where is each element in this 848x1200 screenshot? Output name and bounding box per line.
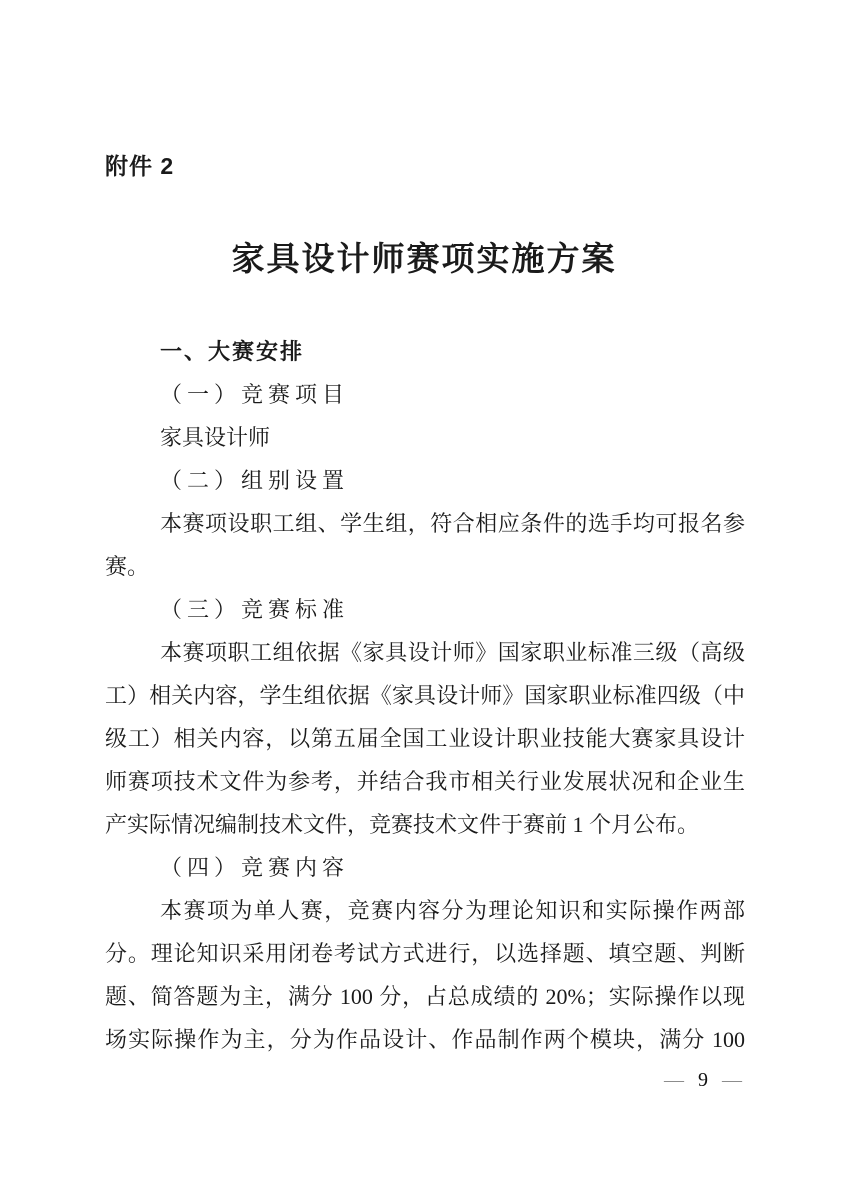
attachment-label: 附件 2: [105, 148, 174, 181]
paragraph-line: 本赛项设职工组、学生组，符合相应条件的选手均可报名参: [105, 502, 745, 545]
subsection-heading-competition-project: （一）竞赛项目: [105, 373, 745, 416]
paragraph-line: 工）相关内容，学生组依据《家具设计师》国家职业标准四级（中: [105, 674, 745, 717]
paragraph-line: 产实际情况编制技术文件，竞赛技术文件于赛前 1 个月公布。: [105, 803, 745, 846]
paragraph-line: 本赛项职工组依据《家具设计师》国家职业标准三级（高级: [105, 631, 745, 674]
page-number-right-dash: —: [722, 1066, 742, 1094]
section-heading-competition-arrangement: 一、大赛安排: [105, 330, 745, 373]
subsection-heading-group-setting: （二）组别设置: [105, 459, 745, 502]
subsection-heading-competition-standard: （三）竞赛标准: [105, 588, 745, 631]
paragraph-line: 家具设计师: [105, 416, 745, 459]
page-number: — 9 —: [664, 1066, 742, 1094]
paragraph-line: 分。理论知识采用闭卷考试方式进行，以选择题、填空题、判断: [105, 932, 745, 975]
paragraph-line: 场实际操作为主，分为作品设计、作品制作两个模块，满分 100: [105, 1018, 745, 1061]
document-body: 一、大赛安排 （一）竞赛项目 家具设计师 （二）组别设置 本赛项设职工组、学生组…: [105, 330, 745, 1061]
paragraph-line: 题、简答题为主，满分 100 分，占总成绩的 20%；实际操作以现: [105, 975, 745, 1018]
page-number-value: 9: [698, 1066, 708, 1094]
paragraph-line: 级工）相关内容，以第五届全国工业设计职业技能大赛家具设计: [105, 717, 745, 760]
paragraph-line: 本赛项为单人赛，竞赛内容分为理论知识和实际操作两部: [105, 889, 745, 932]
subsection-heading-competition-content: （四）竞赛内容: [105, 846, 745, 889]
paragraph-line: 师赛项技术文件为参考，并结合我市相关行业发展状况和企业生: [105, 760, 745, 803]
document-page: 附件 2 家具设计师赛项实施方案 一、大赛安排 （一）竞赛项目 家具设计师 （二…: [0, 0, 848, 1200]
document-title: 家具设计师赛项实施方案: [0, 233, 848, 280]
page-number-left-dash: —: [664, 1066, 684, 1094]
paragraph-line: 赛。: [105, 545, 745, 588]
